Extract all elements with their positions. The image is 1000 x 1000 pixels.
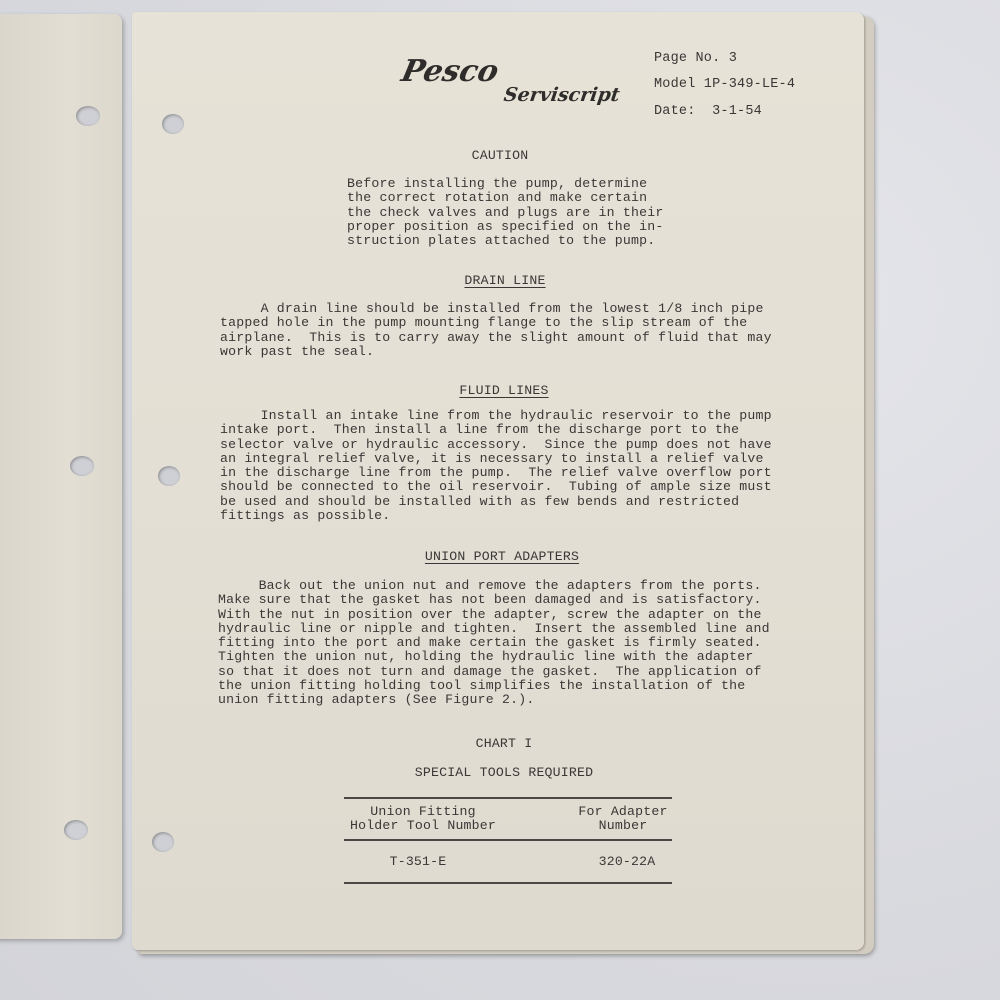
text-line: selector valve or hydraulic accessory. S… bbox=[220, 438, 772, 452]
text-line: work past the seal. bbox=[220, 345, 772, 359]
text-line: so that it does not turn and damage the … bbox=[218, 665, 770, 679]
binder-hole bbox=[64, 820, 88, 840]
chart-title: CHART I bbox=[132, 737, 876, 751]
text-line: Tighten the union nut, holding the hydra… bbox=[218, 650, 770, 664]
column-header-tool-number: Union Fitting Holder Tool Number bbox=[338, 805, 508, 833]
adapter-number-cell: 320-22A bbox=[572, 855, 682, 869]
binder-hole bbox=[76, 106, 100, 126]
text-line: With the nut in position over the adapte… bbox=[218, 608, 770, 622]
column-header-adapter-number: For Adapter Number bbox=[568, 805, 678, 833]
fluid-lines-heading: FLUID LINES bbox=[132, 384, 876, 398]
text-line: fittings as possible. bbox=[220, 509, 772, 523]
union-port-adapters-text: Back out the union nut and remove the ad… bbox=[218, 579, 770, 708]
text-line: Make sure that the gasket has not been d… bbox=[218, 593, 770, 607]
text-line: struction plates attached to the pump. bbox=[347, 234, 663, 248]
text-line: A drain line should be installed from th… bbox=[220, 302, 772, 316]
text-line: in the discharge line from the pump. The… bbox=[220, 466, 772, 480]
caution-heading: CAUTION bbox=[132, 149, 868, 163]
text-line: tapped hole in the pump mounting flange … bbox=[220, 316, 772, 330]
serviscript-brand: Serviscript bbox=[502, 84, 621, 106]
text-line: Install an intake line from the hydrauli… bbox=[220, 409, 772, 423]
text-line: intake port. Then install a line from th… bbox=[220, 423, 772, 437]
text-line: fitting into the port and make certain t… bbox=[218, 636, 770, 650]
left-adjacent-page bbox=[0, 14, 122, 939]
text-line: airplane. This is to carry away the slig… bbox=[220, 331, 772, 345]
pesco-logo: Pesco bbox=[398, 54, 501, 89]
table-header-rule bbox=[344, 839, 672, 841]
drain-line-heading: DRAIN LINE bbox=[132, 274, 878, 288]
text-line: be used and should be installed with as … bbox=[220, 495, 772, 509]
text-line: an integral relief valve, it is necessar… bbox=[220, 452, 772, 466]
union-port-adapters-heading: UNION PORT ADAPTERS bbox=[132, 550, 872, 564]
document-page: Pesco Serviscript Page No. 3 Model 1P-34… bbox=[132, 12, 864, 950]
drain-line-text: A drain line should be installed from th… bbox=[220, 302, 772, 359]
text-line: the check valves and plugs are in their bbox=[347, 206, 663, 220]
tool-number-cell: T-351-E bbox=[338, 855, 498, 869]
binder-hole bbox=[70, 456, 94, 476]
text-line: Back out the union nut and remove the ad… bbox=[218, 579, 770, 593]
table-top-rule bbox=[344, 797, 672, 799]
text-line: hydraulic line or nipple and tighten. In… bbox=[218, 622, 770, 636]
table-bottom-rule bbox=[344, 882, 672, 884]
text-line: union fitting adapters (See Figure 2.). bbox=[218, 693, 770, 707]
chart-subtitle: SPECIAL TOOLS REQUIRED bbox=[132, 766, 876, 780]
text-line: the union fitting holding tool simplifie… bbox=[218, 679, 770, 693]
model-number: Model 1P-349-LE-4 bbox=[654, 78, 795, 92]
document-date: Date: 3-1-54 bbox=[654, 105, 762, 119]
page-number: Page No. 3 bbox=[654, 52, 737, 66]
binder-hole bbox=[152, 832, 174, 852]
text-line: Before installing the pump, determine bbox=[347, 177, 663, 191]
text-line: should be connected to the oil reservoir… bbox=[220, 480, 772, 494]
binder-hole bbox=[158, 466, 180, 486]
text-line: the correct rotation and make certain bbox=[347, 191, 663, 205]
text-line: proper position as specified on the in- bbox=[347, 220, 663, 234]
fluid-lines-text: Install an intake line from the hydrauli… bbox=[220, 409, 772, 523]
caution-text: Before installing the pump, determine th… bbox=[347, 177, 663, 248]
binder-hole bbox=[162, 114, 184, 134]
